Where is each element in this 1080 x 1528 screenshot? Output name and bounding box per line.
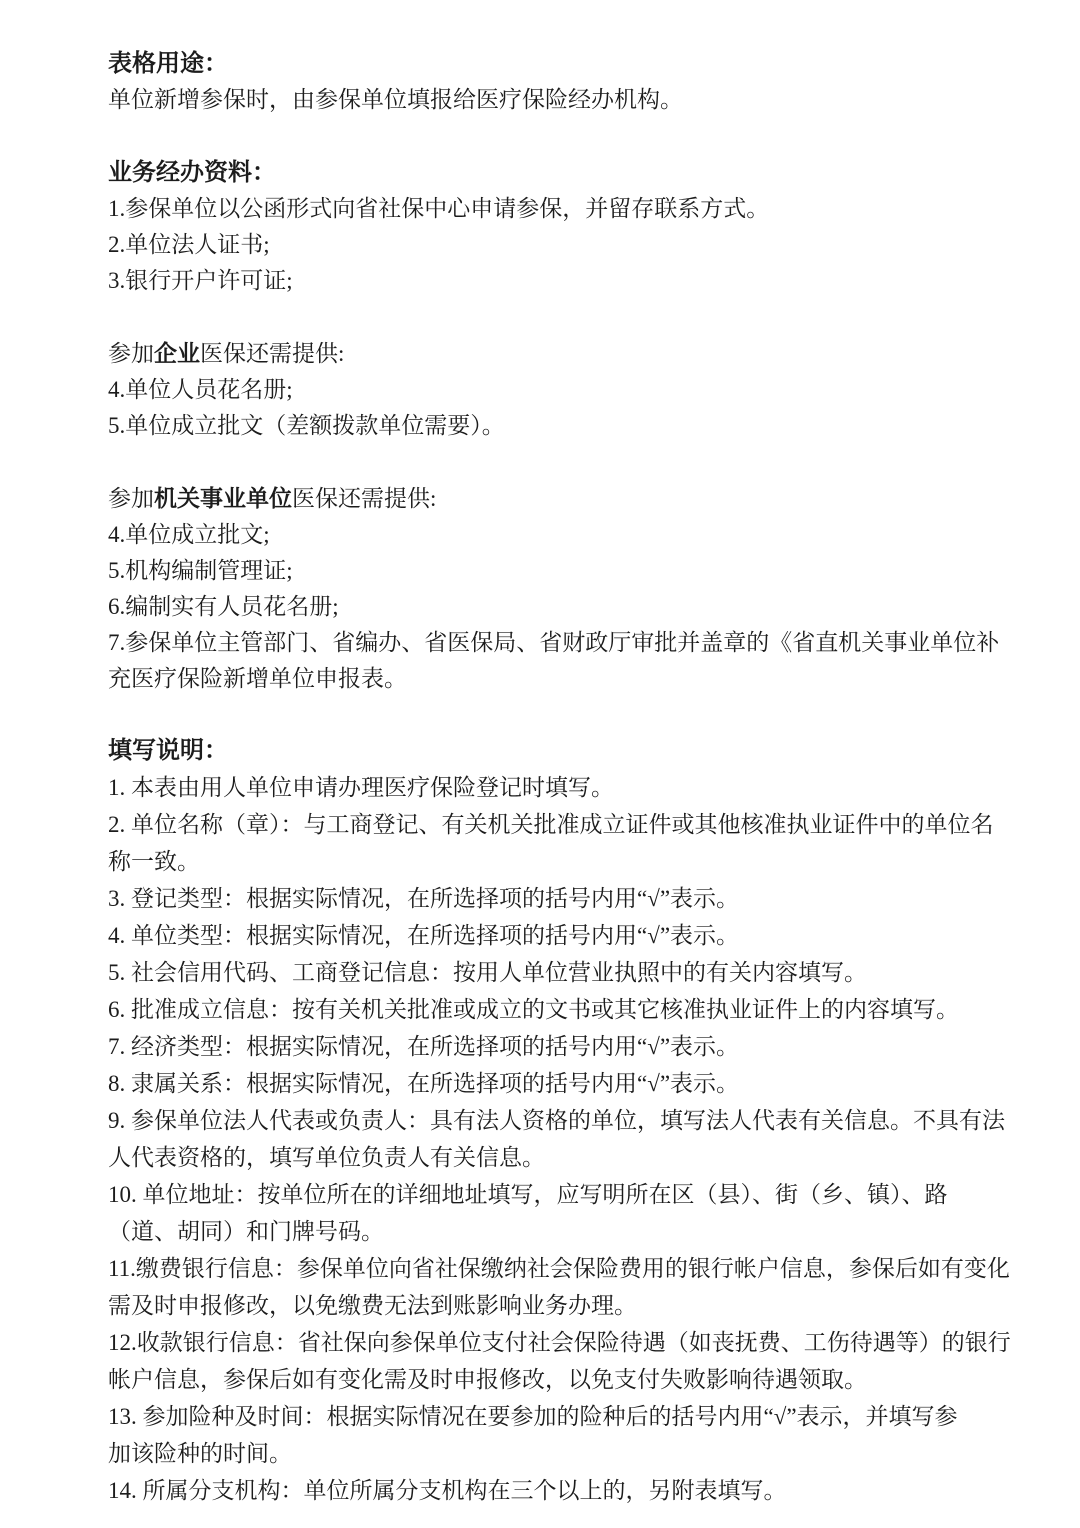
text-line: 3. 登记类型：根据实际情况，在所选择项的括号内用“√”表示。: [108, 880, 1020, 917]
text-line: 12.收款银行信息：省社保向参保单位支付社会保险待遇（如丧抚费、工伤待遇等）的银…: [108, 1324, 1020, 1361]
text-run: 11.缴费银行信息：参保单位向省社保缴纳社会保险费用的银行帐户信息，参保后如有变…: [108, 1256, 1010, 1281]
text-run: 医保还需提供:: [292, 486, 436, 511]
text-line: 14. 所属分支机构：单位所属分支机构在三个以上的，另附表填写。: [108, 1472, 1020, 1509]
text-run: 14. 所属分支机构：单位所属分支机构在三个以上的，另附表填写。: [108, 1478, 787, 1503]
text-line: 参加企业医保还需提供:: [108, 335, 1020, 372]
section-title-fill-instructions: 填写说明：: [108, 733, 1020, 769]
text-line: 需及时申报修改，以免缴费无法到账影响业务办理。: [108, 1287, 1020, 1324]
text-run: 称一致。: [108, 849, 200, 874]
text-line: 表格用途：: [108, 46, 1020, 82]
text-line: 10. 单位地址：按单位所在的详细地址填写，应写明所在区（县）、街（乡、镇）、路: [108, 1176, 1020, 1213]
text-line: 加该险种的时间。: [108, 1435, 1020, 1472]
document-page: 表格用途：单位新增参保时，由参保单位填报给医疗保险经办机构。业务经办资料：1.参…: [0, 0, 1080, 1528]
text-run: 单位新增参保时，由参保单位填报给医疗保险经办机构。: [108, 87, 683, 112]
text-line: 1. 本表由用人单位申请办理医疗保险登记时填写。: [108, 769, 1020, 806]
text-run: 3. 登记类型：根据实际情况，在所选择项的括号内用“√”表示。: [108, 886, 739, 911]
text-run: 6.编制实有人员花名册;: [108, 594, 339, 619]
text-line: 6. 批准成立信息：按有关机关批准或成立的文书或其它核准执业证件上的内容填写。: [108, 991, 1020, 1028]
text-line: 3.银行开户许可证;: [108, 263, 1020, 299]
text-run: 加该险种的时间。: [108, 1441, 292, 1466]
text-line: 单位新增参保时，由参保单位填报给医疗保险经办机构。: [108, 82, 1020, 118]
bold-emphasis-text: 机关事业单位: [154, 485, 292, 511]
text-run: 参加: [108, 341, 154, 366]
text-run: 3.银行开户许可证;: [108, 268, 293, 293]
text-run: 1. 本表由用人单位申请办理医疗保险登记时填写。: [108, 775, 614, 800]
text-run: 业务经办资料：: [108, 159, 276, 186]
text-line: 充医疗保险新增单位申报表。: [108, 661, 1020, 697]
text-run: 参加: [108, 486, 154, 511]
text-run: 表格用途：: [108, 50, 228, 77]
materials-list: 1.参保单位以公函形式向省社保中心申请参保，并留存联系方式。2.单位法人证书;3…: [108, 191, 1020, 299]
text-line: 人代表资格的，填写单位负责人有关信息。: [108, 1139, 1020, 1176]
text-line: 2. 单位名称（章）：与工商登记、有关机关批准成立证件或其他核准执业证件中的单位…: [108, 806, 1020, 843]
section-title-materials: 业务经办资料：: [108, 155, 1020, 191]
text-line: 5.机构编制管理证;: [108, 553, 1020, 589]
text-line: 称一致。: [108, 843, 1020, 880]
text-line: 5.单位成立批文（差额拨款单位需要）。: [108, 408, 1020, 444]
fill-instructions-list: 1. 本表由用人单位申请办理医疗保险登记时填写。2. 单位名称（章）：与工商登记…: [108, 769, 1020, 1509]
text-run: 医保还需提供:: [200, 341, 344, 366]
form-purpose-text: 单位新增参保时，由参保单位填报给医疗保险经办机构。: [108, 82, 1020, 118]
text-run: 7. 经济类型：根据实际情况，在所选择项的括号内用“√”表示。: [108, 1034, 739, 1059]
text-run: （道、胡同）和门牌号码。: [108, 1219, 384, 1244]
enterprise-extra-list: 参加企业医保还需提供:4.单位人员花名册;5.单位成立批文（差额拨款单位需要）。: [108, 335, 1020, 444]
text-line: 4.单位人员花名册;: [108, 372, 1020, 408]
text-run: 2.单位法人证书;: [108, 232, 270, 257]
text-line: 1.参保单位以公函形式向省社保中心申请参保，并留存联系方式。: [108, 191, 1020, 227]
text-run: 2. 单位名称（章）：与工商登记、有关机关批准成立证件或其他核准执业证件中的单位…: [108, 812, 994, 837]
text-run: 13. 参加险种及时间：根据实际情况在要参加的险种后的括号内用“√”表示，并填写…: [108, 1404, 958, 1429]
text-line: 13. 参加险种及时间：根据实际情况在要参加的险种后的括号内用“√”表示，并填写…: [108, 1398, 1020, 1435]
text-line: 4.单位成立批文;: [108, 517, 1020, 553]
text-line: 帐户信息，参保后如有变化需及时申报修改，以免支付失败影响待遇领取。: [108, 1361, 1020, 1398]
bold-emphasis-text: 企业: [154, 340, 200, 366]
text-run: 人代表资格的，填写单位负责人有关信息。: [108, 1145, 545, 1170]
text-run: 12.收款银行信息：省社保向参保单位支付社会保险待遇（如丧抚费、工伤待遇等）的银…: [108, 1330, 1011, 1355]
text-run: 4. 单位类型：根据实际情况，在所选择项的括号内用“√”表示。: [108, 923, 739, 948]
text-run: 5.单位成立批文（差额拨款单位需要）。: [108, 413, 505, 438]
text-line: 填写说明：: [108, 733, 1020, 769]
text-line: 9. 参保单位法人代表或负责人：具有法人资格的单位，填写法人代表有关信息。不具有…: [108, 1102, 1020, 1139]
text-run: 7.参保单位主管部门、省编办、省医保局、省财政厅审批并盖章的《省直机关事业单位补: [108, 630, 999, 655]
text-run: 1.参保单位以公函形式向省社保中心申请参保，并留存联系方式。: [108, 196, 769, 221]
text-line: 业务经办资料：: [108, 155, 1020, 191]
text-run: 填写说明：: [108, 737, 228, 764]
text-run: 充医疗保险新增单位申报表。: [108, 666, 407, 691]
text-line: 11.缴费银行信息：参保单位向省社保缴纳社会保险费用的银行帐户信息，参保后如有变…: [108, 1250, 1020, 1287]
text-line: 参加机关事业单位医保还需提供:: [108, 480, 1020, 517]
text-run: 5. 社会信用代码、工商登记信息：按用人单位营业执照中的有关内容填写。: [108, 960, 867, 985]
text-line: 7. 经济类型：根据实际情况，在所选择项的括号内用“√”表示。: [108, 1028, 1020, 1065]
text-line: 6.编制实有人员花名册;: [108, 589, 1020, 625]
text-run: 10. 单位地址：按单位所在的详细地址填写，应写明所在区（县）、街（乡、镇）、路: [108, 1182, 948, 1207]
text-run: 4.单位人员花名册;: [108, 377, 293, 402]
text-run: 需及时申报修改，以免缴费无法到账影响业务办理。: [108, 1293, 637, 1318]
text-line: （道、胡同）和门牌号码。: [108, 1213, 1020, 1250]
text-run: 5.机构编制管理证;: [108, 558, 293, 583]
text-line: 8. 隶属关系：根据实际情况，在所选择项的括号内用“√”表示。: [108, 1065, 1020, 1102]
text-line: 5. 社会信用代码、工商登记信息：按用人单位营业执照中的有关内容填写。: [108, 954, 1020, 991]
text-run: 帐户信息，参保后如有变化需及时申报修改，以免支付失败影响待遇领取。: [108, 1367, 867, 1392]
text-run: 6. 批准成立信息：按有关机关批准或成立的文书或其它核准执业证件上的内容填写。: [108, 997, 959, 1022]
text-line: 4. 单位类型：根据实际情况，在所选择项的括号内用“√”表示。: [108, 917, 1020, 954]
text-run: 9. 参保单位法人代表或负责人：具有法人资格的单位，填写法人代表有关信息。不具有…: [108, 1108, 1005, 1133]
institution-extra-list: 参加机关事业单位医保还需提供:4.单位成立批文;5.机构编制管理证;6.编制实有…: [108, 480, 1020, 697]
text-line: 2.单位法人证书;: [108, 227, 1020, 263]
section-title-form-purpose: 表格用途：: [108, 46, 1020, 82]
text-line: 7.参保单位主管部门、省编办、省医保局、省财政厅审批并盖章的《省直机关事业单位补: [108, 625, 1020, 661]
text-run: 4.单位成立批文;: [108, 522, 270, 547]
text-run: 8. 隶属关系：根据实际情况，在所选择项的括号内用“√”表示。: [108, 1071, 739, 1096]
